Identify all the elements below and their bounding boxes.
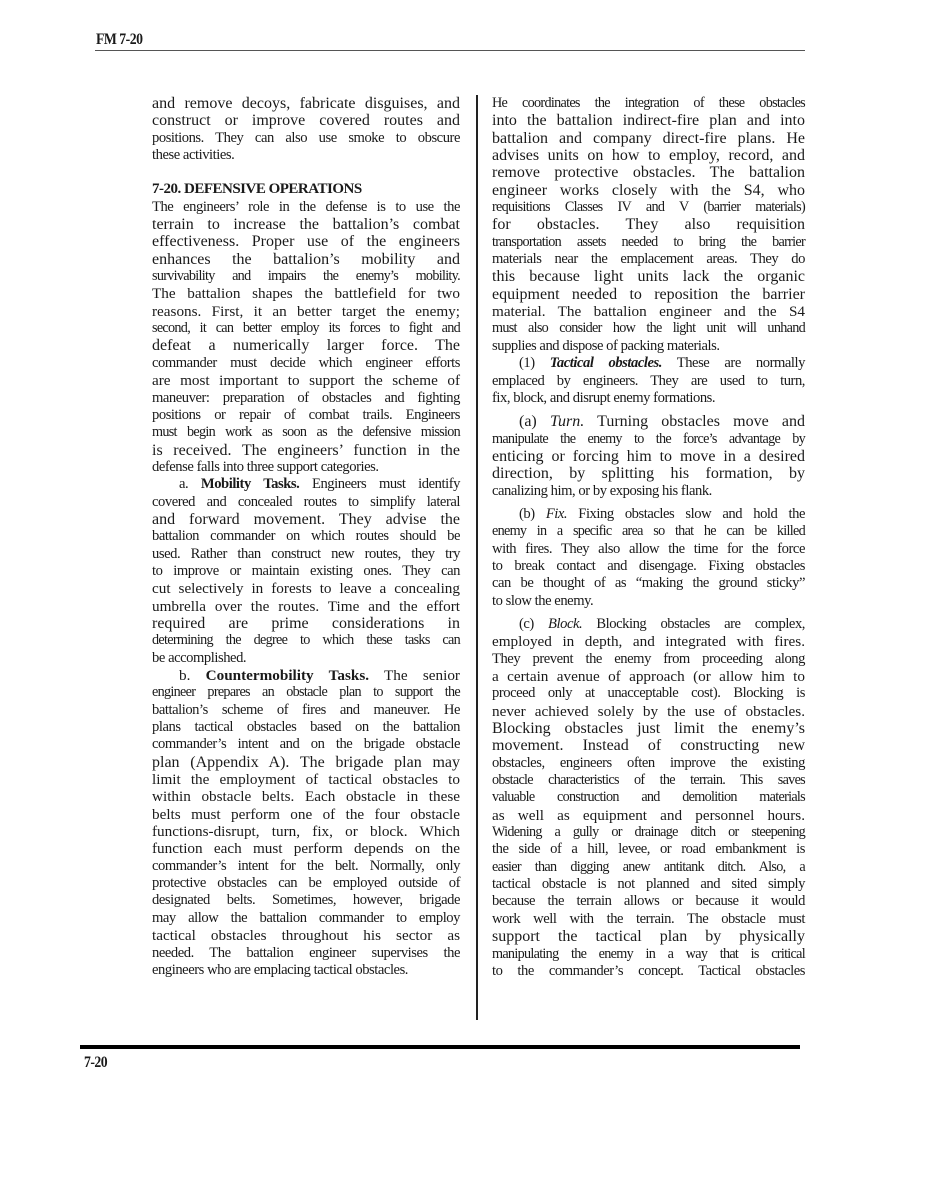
text-line: manipulating the enemy in a way that is … [492, 946, 805, 963]
text-line: must begin work as soon as the defensive… [152, 424, 460, 441]
text-line: must also consider how the light unit wi… [492, 320, 805, 337]
text-line: into the battalion indirect-fire plan an… [492, 112, 805, 129]
subsection-label: Block. [548, 616, 582, 632]
text-line: enhances the battalion’s mobility and [152, 251, 460, 268]
text-line: and remove decoys, fabricate disguises, … [152, 95, 460, 112]
text-line: (b) Fix. Fixing obstacles slow and hold … [492, 506, 805, 523]
text-line: proceed only at unacceptable cost). Bloc… [492, 685, 805, 702]
text-line: defense falls into three support categor… [152, 459, 460, 476]
continued-paragraph: He coordinates the integration of these … [492, 95, 805, 355]
text-line: manipulate the enemy to the force’s adva… [492, 431, 805, 448]
text-line: remove protective obstacles. The battali… [492, 164, 805, 181]
text-line: Blocking obstacles just limit the enemy’… [492, 720, 805, 737]
text-line: terrain to increase the battalion’s comb… [152, 216, 460, 233]
text-line: movement. Instead of constructing new [492, 737, 805, 754]
text-line: materials near the emplacement areas. Th… [492, 251, 805, 268]
text-line: engineer prepares an obstacle plan to su… [152, 684, 460, 701]
text-line: be accomplished. [152, 650, 460, 667]
text-line: with fires. They also allow the time for… [492, 541, 805, 558]
text-line: He coordinates the integration of these … [492, 95, 805, 112]
text-line: cut selectively in forests to leave a co… [152, 580, 460, 597]
text-line: construct or improve covered routes and [152, 112, 460, 129]
text-line: The engineers’ role in the defense is to… [152, 199, 460, 216]
text-line: commander’s intent and on the brigade ob… [152, 736, 460, 753]
text-line: fix, block, and disrupt enemy formations… [492, 390, 805, 407]
subsection-label: Fix. [546, 506, 567, 522]
text-line: are most important to support the scheme… [152, 372, 460, 389]
text-line: to improve or maintain existing ones. Th… [152, 563, 460, 580]
text-line: needed. The battalion engineer supervise… [152, 945, 460, 962]
text-line: canalizing him, or by exposing his flank… [492, 483, 805, 500]
text-line: commander must decide which engineer eff… [152, 355, 460, 372]
text-line: effectiveness. Proper use of the enginee… [152, 233, 460, 250]
text-line: second, it can better employ its forces … [152, 320, 460, 337]
text-line: umbrella over the routes. Time and the e… [152, 598, 460, 615]
text-line: The battalion shapes the battlefield for… [152, 285, 460, 302]
text-line: equipment needed to reposition the barri… [492, 286, 805, 303]
section-defensive-operations: 7-20. DEFENSIVE OPERATIONS The engineers… [152, 181, 460, 476]
text-line: obstacles, engineers often improve the e… [492, 755, 805, 772]
text-line: (a) Turn. Turning obstacles move and [492, 413, 805, 430]
text-line: engineers who are emplacing tactical obs… [152, 962, 460, 979]
text-line: designated belts. Sometimes, however, br… [152, 892, 460, 909]
text-line: required are prime considerations in [152, 615, 460, 632]
manual-title: FM 7-20 [96, 31, 142, 49]
text-line: plan (Appendix A). The brigade plan may [152, 754, 460, 771]
subsection-label: Mobility Tasks. [201, 476, 299, 492]
text-line: as well as equipment and personnel hours… [492, 807, 805, 824]
text-line: never achieved solely by the use of obst… [492, 703, 805, 720]
text-line: direction, by splitting his formation, b… [492, 465, 805, 482]
text-line: function each must perform depends on th… [152, 840, 460, 857]
text-line: limit the employment of tactical obstacl… [152, 771, 460, 788]
text-line: these activities. [152, 147, 460, 164]
column-divider [476, 95, 478, 1020]
text-line: engineer works closely with the S4, who [492, 182, 805, 199]
text-line: enemy in a specific area so that he can … [492, 523, 805, 540]
text-line: b. Countermobility Tasks. The senior [152, 667, 460, 684]
text-line: plans tactical obstacles based on the ba… [152, 719, 460, 736]
text-line: Widening a gully or drainage ditch or st… [492, 824, 805, 841]
text-line: for obstacles. They also requisition [492, 216, 805, 233]
text-line: battalion and company direct-fire plans.… [492, 130, 805, 147]
subsection-label: Turn. [550, 413, 584, 430]
text-line: may allow the battalion commander to emp… [152, 910, 460, 927]
text-line: enticing or forcing him to move in a des… [492, 448, 805, 465]
footer-rule [80, 1045, 800, 1049]
text-line: belts must perform one of the four obsta… [152, 806, 460, 823]
section-heading: 7-20. DEFENSIVE OPERATIONS [152, 181, 460, 198]
text-line: They prevent the enemy from proceeding a… [492, 651, 805, 668]
text-line: positions or repair of combat trails. En… [152, 407, 460, 424]
text-line: can be thought of as “making the ground … [492, 575, 805, 592]
text-line: (1) Tactical obstacles. These are normal… [492, 355, 805, 372]
text-line: supplies and dispose of packing material… [492, 338, 805, 355]
text-line: obstacle characteristics of the terrain.… [492, 772, 805, 789]
subsection-fix: (b) Fix. Fixing obstacles slow and hold … [492, 506, 805, 610]
text-line: tactical obstacles throughout his sector… [152, 927, 460, 944]
text-line: emplaced by engineers. They are used to … [492, 373, 805, 390]
continued-paragraph: and remove decoys, fabricate disguises, … [152, 95, 460, 164]
subsection-label: Countermobility Tasks. [206, 667, 369, 684]
text-line: defeat a numerically larger force. The [152, 337, 460, 354]
text-line: reasons. First, it an better target the … [152, 303, 460, 320]
text-line: to break contact and disengage. Fixing o… [492, 558, 805, 575]
text-line: used. Rather than construct new routes, … [152, 546, 460, 563]
text-line: the side of a hill, levee, or road emban… [492, 841, 805, 858]
text-line: requisitions Classes IV and V (barrier m… [492, 199, 805, 216]
text-line: because the terrain allows or because it… [492, 893, 805, 910]
text-line: battalion commander on which routes shou… [152, 528, 460, 545]
text-line: valuable construction and demolition mat… [492, 789, 805, 806]
text-line: protective obstacles can be employed out… [152, 875, 460, 892]
subsection-block: (c) Block. Blocking obstacles are comple… [492, 616, 805, 980]
text-line: a certain avenue of approach (or allow h… [492, 668, 805, 685]
subsection-label: Tactical obstacles. [550, 355, 662, 371]
text-line: employed in depth, and integrated with f… [492, 633, 805, 650]
page-number: 7-20 [84, 1054, 107, 1072]
text-line: tactical obstacle is not planned and sit… [492, 876, 805, 893]
text-line: transportation assets needed to bring th… [492, 234, 805, 251]
left-column: and remove decoys, fabricate disguises, … [152, 95, 460, 979]
text-line: work well with the terrain. The obstacle… [492, 911, 805, 928]
text-line: covered and concealed routes to simplify… [152, 494, 460, 511]
text-line: support the tactical plan by physically [492, 928, 805, 945]
text-line: a. Mobility Tasks. Engineers must identi… [152, 476, 460, 493]
text-line: to slow the enemy. [492, 593, 805, 610]
header-rule [95, 50, 805, 51]
text-line: battalion’s scheme of fires and maneuver… [152, 702, 460, 719]
text-line: functions-disrupt, turn, fix, or block. … [152, 823, 460, 840]
right-column: He coordinates the integration of these … [492, 95, 805, 980]
text-line: is received. The engineers’ function in … [152, 442, 460, 459]
text-line: maneuver: preparation of obstacles and f… [152, 390, 460, 407]
text-line: easier than digging anew antitank ditch.… [492, 859, 805, 876]
text-line: advises units on how to employ, record, … [492, 147, 805, 164]
text-line: positions. They can also use smoke to ob… [152, 130, 460, 147]
subsection-tactical-obstacles: (1) Tactical obstacles. These are normal… [492, 355, 805, 407]
subsection-countermobility-tasks: b. Countermobility Tasks. The senior eng… [152, 667, 460, 979]
subsection-mobility-tasks: a. Mobility Tasks. Engineers must identi… [152, 476, 460, 667]
text-line: and forward movement. They advise the [152, 511, 460, 528]
text-line: material. The battalion engineer and the… [492, 303, 805, 320]
text-line: commander’s intent for the belt. Normall… [152, 858, 460, 875]
text-line: to the commander’s concept. Tactical obs… [492, 963, 805, 980]
text-line: within obstacle belts. Each obstacle in … [152, 788, 460, 805]
text-line: this because light units lack the organi… [492, 268, 805, 285]
subsection-turn: (a) Turn. Turning obstacles move and man… [492, 413, 805, 500]
text-line: (c) Block. Blocking obstacles are comple… [492, 616, 805, 633]
text-line: determining the degree to which these ta… [152, 632, 460, 649]
text-line: survivability and impairs the enemy’s mo… [152, 268, 460, 285]
